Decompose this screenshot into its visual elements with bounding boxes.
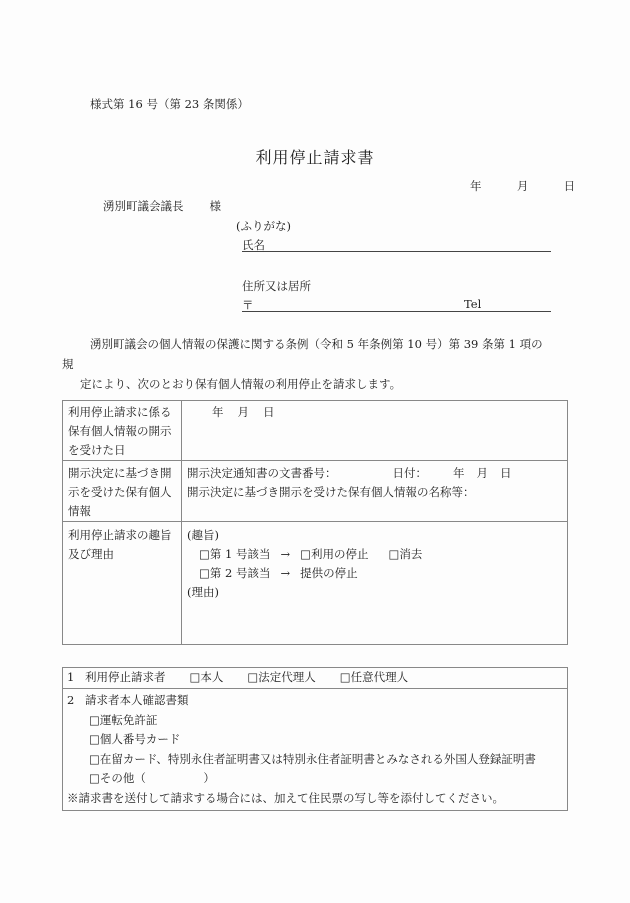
info-name-label: 開示決定に基づき開示を受けた保有個人情報の名称等： bbox=[187, 483, 562, 502]
intro-line-1: 湧別町議会の個人情報の保護に関する条例（令和 5 年条例第 10 号）第 39 … bbox=[62, 334, 552, 374]
addressee: 湧別町議会議長様 bbox=[103, 198, 221, 214]
residence-card-checkbox[interactable]: □在留カード、特別永住者証明書又は特別永住者証明書とみなされる外国人登録証明書 bbox=[67, 750, 563, 770]
request-details-table: 利用停止請求に係る 保有個人情報の開示 を受けた日 年月日 開示決定に基づき開 … bbox=[62, 400, 568, 645]
furigana-label: (ふりがな) bbox=[236, 218, 291, 234]
item-number: 1 bbox=[67, 668, 85, 688]
request-date[interactable]: 年 月 日 bbox=[470, 178, 575, 194]
addressee-honorific: 様 bbox=[210, 199, 222, 213]
addressee-name: 湧別町議会議長 bbox=[103, 199, 184, 213]
option-2-checkbox[interactable]: □第 2 号該当 bbox=[199, 566, 271, 580]
date-month: 月 bbox=[238, 405, 250, 419]
disclosure-date-field[interactable]: 年月日 bbox=[182, 401, 568, 461]
disclosed-info-field[interactable]: 開示決定通知書の文書番号：日付：年月日 開示決定に基づき開示を受けた保有個人情報… bbox=[182, 461, 568, 522]
label-line: 情報 bbox=[68, 502, 176, 521]
doc-number-line: 開示決定通知書の文書番号：日付：年月日 bbox=[187, 464, 562, 483]
date-day: 日 bbox=[263, 405, 275, 419]
address-label: 住所又は居所 bbox=[242, 278, 311, 294]
date-year: 年 bbox=[453, 466, 465, 480]
reason-label: (理由) bbox=[187, 583, 562, 602]
arrow-icon: → bbox=[281, 547, 291, 561]
drivers-license-checkbox[interactable]: □運転免許証 bbox=[67, 711, 563, 731]
postal-label: 〒 bbox=[242, 297, 254, 313]
erase-checkbox[interactable]: □消去 bbox=[389, 547, 423, 561]
label-line: 及び理由 bbox=[68, 545, 176, 564]
date-day: 日 bbox=[564, 178, 576, 194]
date-year: 年 bbox=[470, 178, 482, 194]
name-label: 氏名 bbox=[242, 237, 265, 253]
label-line: 開示決定に基づき開 bbox=[68, 464, 176, 483]
date-label: 日付： bbox=[393, 466, 428, 480]
date-month: 月 bbox=[477, 466, 489, 480]
stop-provision-text: 提供の停止 bbox=[300, 566, 358, 580]
id-documents-cell: 2請求者本人確認書類 □運転免許証 □個人番号カード □在留カード、特別永住者証… bbox=[63, 689, 568, 811]
legal-agent-checkbox[interactable]: □法定代理人 bbox=[247, 670, 315, 684]
date-day: 日 bbox=[500, 466, 512, 480]
doc-number-label: 開示決定通知書の文書番号： bbox=[187, 466, 337, 480]
label-line: 保有個人情報の開示 bbox=[68, 422, 176, 441]
table-row: 2請求者本人確認書類 □運転免許証 □個人番号カード □在留カード、特別永住者証… bbox=[63, 689, 568, 811]
tel-label: Tel bbox=[464, 297, 481, 311]
purpose-label: (趣旨) bbox=[187, 526, 562, 545]
requester-type-cell: 1利用停止請求者□本人□法定代理人□任意代理人 bbox=[63, 668, 568, 689]
footnote: ※請求書を送付して請求する場合には、加えて住民票の写し等を添付してください。 bbox=[67, 789, 563, 809]
requester-info-table: 1利用停止請求者□本人□法定代理人□任意代理人 2請求者本人確認書類 □運転免許… bbox=[62, 667, 568, 811]
label-line: 示を受けた保有個人 bbox=[68, 483, 176, 502]
purpose-reason-label: 利用停止請求の趣旨 及び理由 bbox=[63, 522, 182, 645]
stop-use-checkbox[interactable]: □利用の停止 bbox=[300, 547, 368, 561]
label-line: を受けた日 bbox=[68, 441, 176, 460]
option-2-line: □第 2 号該当→提供の停止 bbox=[187, 564, 562, 583]
option-1-checkbox[interactable]: □第 1 号該当 bbox=[199, 547, 271, 561]
disclosed-info-label: 開示決定に基づき開 示を受けた保有個人 情報 bbox=[63, 461, 182, 522]
date-month: 月 bbox=[517, 178, 529, 194]
label-line: 利用停止請求に係る bbox=[68, 403, 176, 422]
my-number-card-checkbox[interactable]: □個人番号カード bbox=[67, 730, 563, 750]
table-row: 1利用停止請求者□本人□法定代理人□任意代理人 bbox=[63, 668, 568, 689]
voluntary-agent-checkbox[interactable]: □任意代理人 bbox=[340, 670, 408, 684]
item-number: 2 bbox=[67, 691, 85, 711]
arrow-icon: → bbox=[281, 566, 291, 580]
purpose-reason-field[interactable]: (趣旨) □第 1 号該当→□利用の停止□消去 □第 2 号該当→提供の停止 (… bbox=[182, 522, 568, 645]
other-document-checkbox[interactable]: □その他（ ） bbox=[67, 769, 563, 789]
label-line: 利用停止請求の趣旨 bbox=[68, 526, 176, 545]
self-checkbox[interactable]: □本人 bbox=[190, 670, 224, 684]
address-field[interactable]: 〒 Tel bbox=[242, 297, 551, 312]
table-row: 利用停止請求に係る 保有個人情報の開示 を受けた日 年月日 bbox=[63, 401, 568, 461]
date-year: 年 bbox=[212, 405, 224, 419]
form-number: 様式第 16 号（第 23 条関係） bbox=[90, 96, 249, 112]
disclosure-date-label: 利用停止請求に係る 保有個人情報の開示 を受けた日 bbox=[63, 401, 182, 461]
intro-paragraph: 湧別町議会の個人情報の保護に関する条例（令和 5 年条例第 10 号）第 39 … bbox=[62, 334, 552, 394]
page-title: 利用停止請求書 bbox=[0, 145, 630, 168]
table-row: 開示決定に基づき開 示を受けた保有個人 情報 開示決定通知書の文書番号：日付：年… bbox=[63, 461, 568, 522]
id-documents-label: 請求者本人確認書類 bbox=[85, 693, 189, 707]
requester-label: 利用停止請求者 bbox=[85, 670, 166, 684]
intro-line-2: 定により、次のとおり保有個人情報の利用停止を請求します。 bbox=[62, 374, 552, 394]
table-row: 利用停止請求の趣旨 及び理由 (趣旨) □第 1 号該当→□利用の停止□消去 □… bbox=[63, 522, 568, 645]
option-1-line: □第 1 号該当→□利用の停止□消去 bbox=[187, 545, 562, 564]
name-field[interactable]: 氏名 bbox=[242, 237, 551, 252]
